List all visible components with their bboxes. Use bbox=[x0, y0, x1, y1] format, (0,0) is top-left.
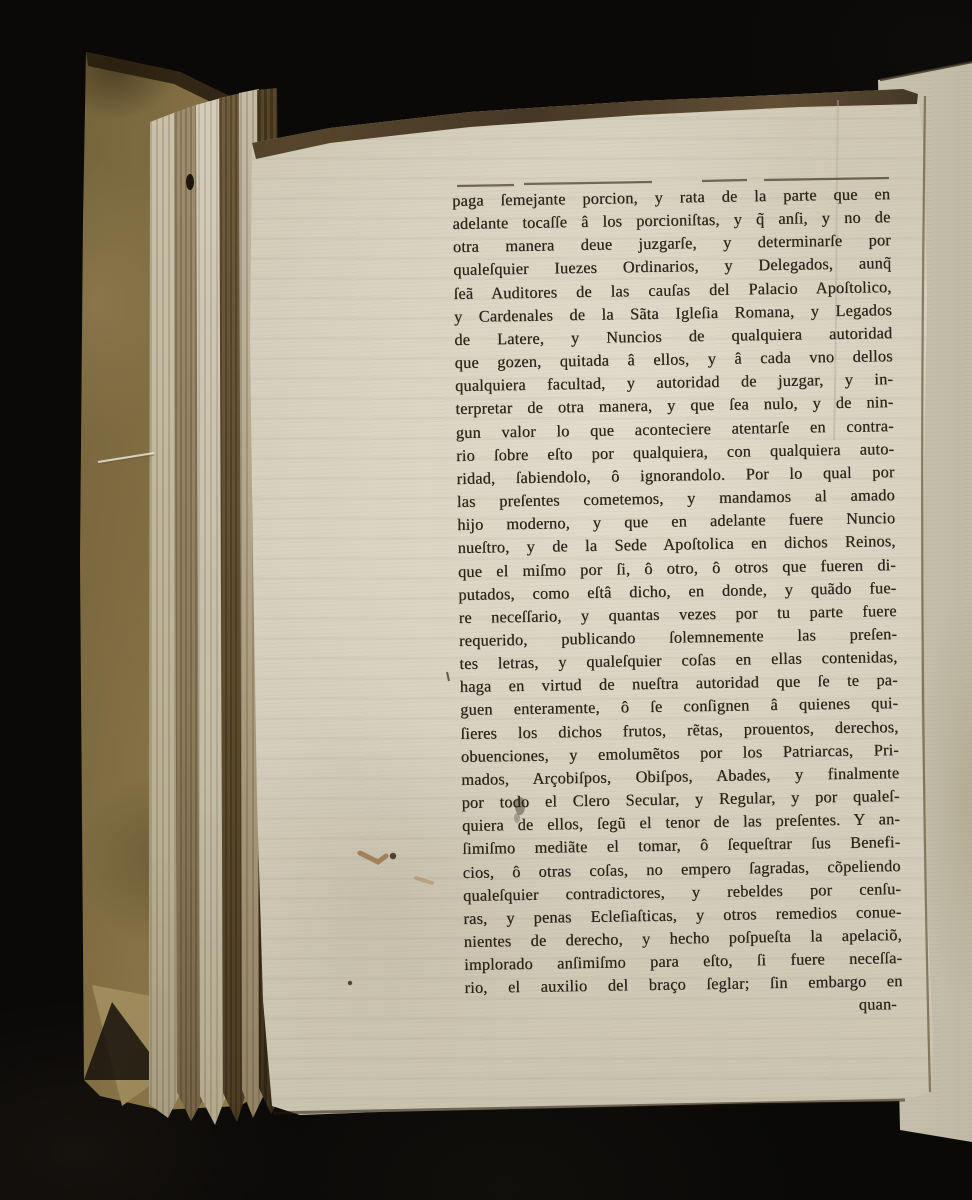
text-block: paga ſemejante porcion, y rata de la par… bbox=[452, 182, 903, 1022]
text-lines: paga ſemejante porcion, y rata de la par… bbox=[452, 182, 903, 999]
book-photo: paga ſemejante porcion, y rata de la par… bbox=[0, 0, 972, 1200]
